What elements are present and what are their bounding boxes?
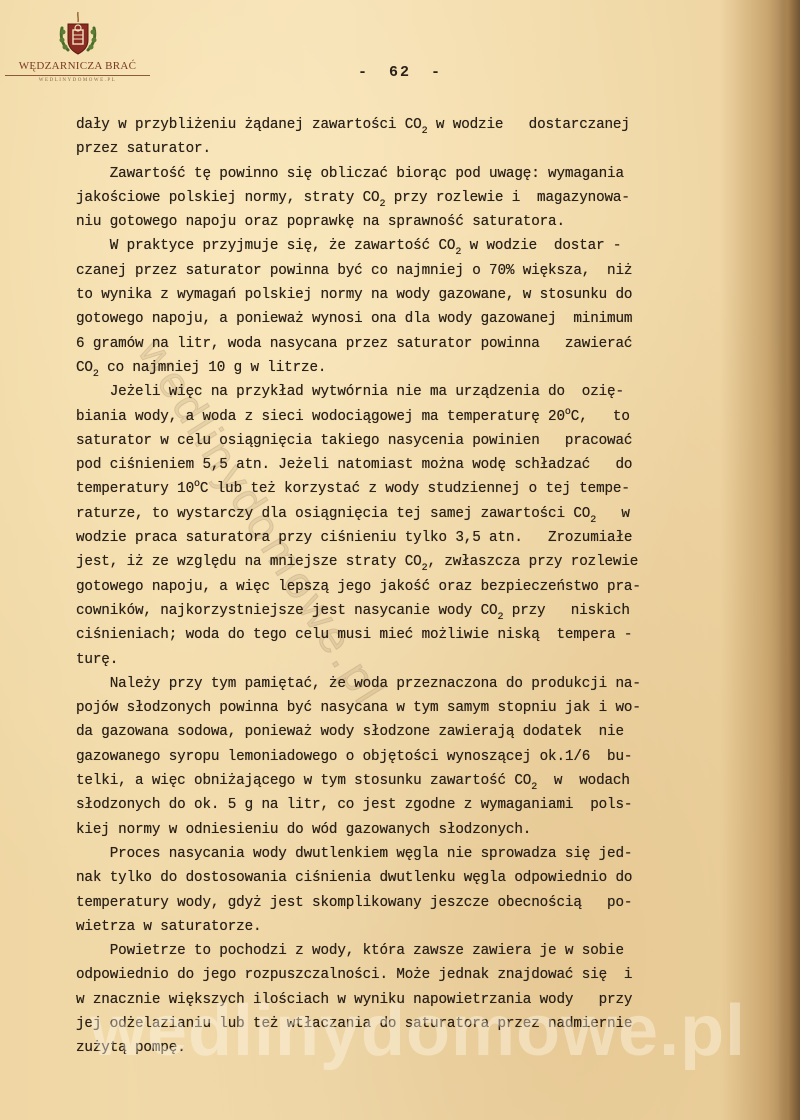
subscript: 2 <box>455 247 461 258</box>
text-line: wodzie praca saturatora przy ciśnieniu t… <box>76 526 788 550</box>
text-line: gotowego napoju, a ponieważ wynosi ona d… <box>76 307 788 331</box>
text-line: jakościowe polskiej normy, straty CO2 pr… <box>76 186 788 210</box>
text-line: ciśnieniach; woda do tego celu musi mieć… <box>76 623 788 647</box>
subscript: 2 <box>497 612 503 623</box>
text-line: w znacznie większych ilościach w wyniku … <box>76 988 788 1012</box>
text-line: da gazowana sodowa, ponieważ wody słodzo… <box>76 720 788 744</box>
text-line: biania wody, a woda z sieci wodociągowej… <box>76 405 788 429</box>
text-line: gazowanego syropu lemoniadowego o objęto… <box>76 745 788 769</box>
text-line: Powietrze to pochodzi z wody, która zaws… <box>76 939 788 963</box>
text-line: pojów słodzonych powinna być nasycana w … <box>76 696 788 720</box>
text-line: to wynika z wymagań polskiej normy na wo… <box>76 283 788 307</box>
page-number-dash-right: - <box>421 64 452 81</box>
text-line: cowników, najkorzystniejsze jest nasycan… <box>76 599 788 623</box>
text-line: wietrza w saturatorze. <box>76 915 788 939</box>
coat-of-arms-icon <box>56 10 100 58</box>
subscript: 2 <box>422 126 428 137</box>
text-line: saturator w celu osiągnięcia takiego nas… <box>76 429 788 453</box>
text-line: pod ciśnieniem 5,5 atn. Jeżeli natomiast… <box>76 453 788 477</box>
typewritten-body-text: dały w przybliżeniu żądanej zawartości C… <box>76 113 788 1061</box>
text-line: jest, iż ze względu na mniejsze straty C… <box>76 550 788 574</box>
page-number: -62- <box>0 64 800 81</box>
subscript: 2 <box>531 782 537 793</box>
text-line: dały w przybliżeniu żądanej zawartości C… <box>76 113 788 137</box>
text-line: zużytą pompę. <box>76 1036 788 1060</box>
text-line: raturze, to wystarczy dla osiągnięcia te… <box>76 502 788 526</box>
text-line: przez saturator. <box>76 137 788 161</box>
text-line: kiej normy w odniesieniu do wód gazowany… <box>76 818 788 842</box>
superscript: o <box>565 407 571 418</box>
text-line: W praktyce przyjmuje się, że zawartość C… <box>76 234 788 258</box>
text-line: 6 gramów na litr, woda nasycana przez sa… <box>76 332 788 356</box>
subscript: 2 <box>93 369 99 380</box>
text-line: nak tylko do dostosowania ciśnienia dwut… <box>76 866 788 890</box>
page-number-value: 62 <box>379 64 421 81</box>
text-line: gotowego napoju, a więc lepszą jego jako… <box>76 575 788 599</box>
subscript: 2 <box>379 199 385 210</box>
text-line: temperatury wody, gdyż jest skomplikowan… <box>76 891 788 915</box>
text-line: jej odżelazianiu lub też wtłaczania do s… <box>76 1012 788 1036</box>
text-line: słodzonych do ok. 5 g na litr, co jest z… <box>76 793 788 817</box>
text-line: Należy przy tym pamiętać, że woda przezn… <box>76 672 788 696</box>
text-line: telki, a więc obniżającego w tym stosunk… <box>76 769 788 793</box>
page-number-dash-left: - <box>348 64 379 81</box>
text-line: odpowiednio do jego rozpuszczalności. Mo… <box>76 963 788 987</box>
text-line: Zawartość tę powinno się obliczać biorąc… <box>76 162 788 186</box>
text-line: czanej przez saturator powinna być co na… <box>76 259 788 283</box>
text-line: CO2 co najmniej 10 g w litrze. <box>76 356 788 380</box>
superscript: o <box>194 479 200 490</box>
text-line: turę. <box>76 648 788 672</box>
text-line: Jeżeli więc na przykład wytwórnia nie ma… <box>76 380 788 404</box>
subscript: 2 <box>422 563 428 574</box>
publisher-logo: WĘDZARNICZA BRAĆ WEDLINYDOMOWE.PL <box>10 10 145 95</box>
text-line: temperatury 10oC lub też korzystać z wod… <box>76 477 788 501</box>
subscript: 2 <box>590 515 596 526</box>
text-line: Proces nasycania wody dwutlenkiem węgla … <box>76 842 788 866</box>
text-line: niu gotowego napoju oraz poprawkę na spr… <box>76 210 788 234</box>
